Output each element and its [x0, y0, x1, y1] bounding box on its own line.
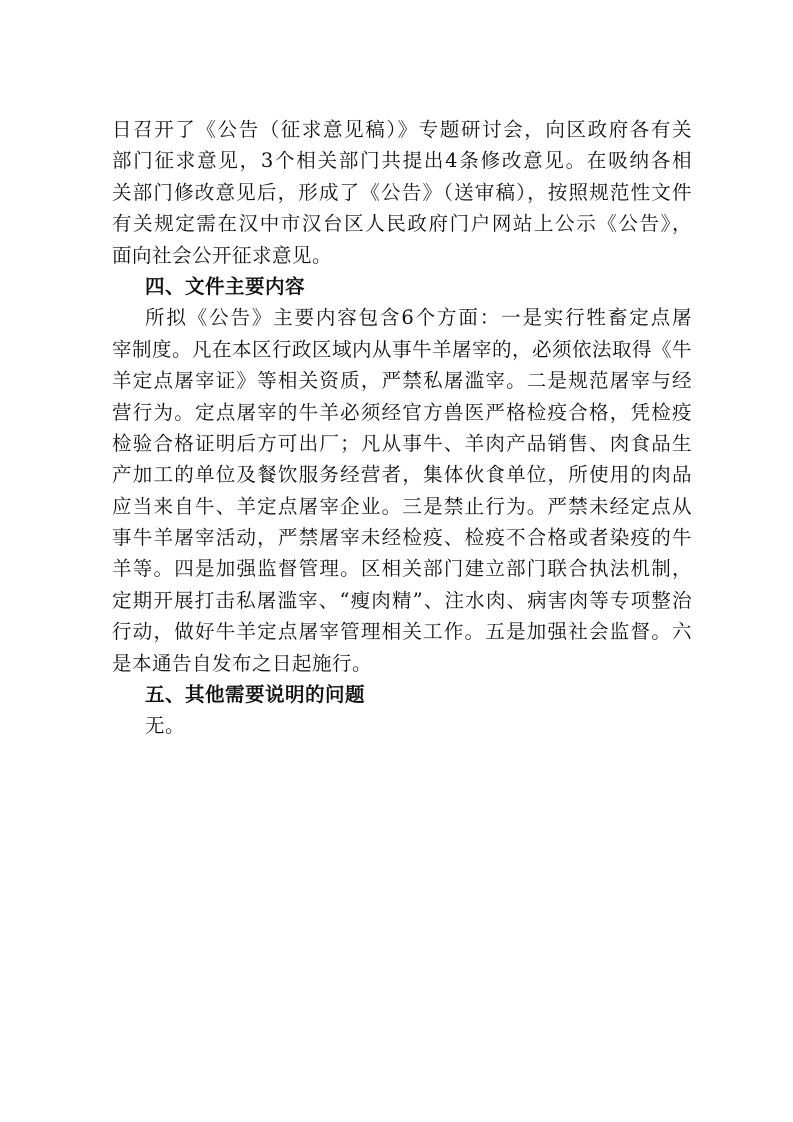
section-heading-main-content: 四、文件主要内容 [112, 271, 692, 302]
text-line: 有关规定需在汉中市汉台区人民政府门户网站上公示《公告》， [112, 208, 692, 239]
text-line: 产加工的单位及餐饮服务经营者，集体伙食单位，所使用的肉品 [112, 459, 692, 490]
section-heading-other-issues: 五、其他需要说明的问题 [112, 679, 692, 710]
text-line: 关部门修改意见后，形成了《公告》（送审稿），按照规范性文件 [112, 177, 692, 208]
text-line: 无。 [112, 710, 692, 741]
text-line: 所拟《公告》主要内容包含6个方面：一是实行牲畜定点屠 [112, 302, 692, 333]
document-body: 日召开了《公告（征求意见稿）》专题研讨会，向区政府各有关 部门征求意见，3个相关… [112, 114, 692, 742]
intro-paragraph: 日召开了《公告（征求意见稿）》专题研讨会，向区政府各有关 部门征求意见，3个相关… [112, 114, 692, 271]
text-line: 面向社会公开征求意见。 [112, 240, 692, 271]
document-page: 日召开了《公告（征求意见稿）》专题研讨会，向区政府各有关 部门征求意见，3个相关… [0, 0, 793, 1122]
text-line: 定期开展打击私屠滥宰、“瘦肉精”、注水肉、病害肉等专项整治 [112, 585, 692, 616]
other-issues-paragraph: 无。 [112, 710, 692, 741]
main-content-paragraph: 所拟《公告》主要内容包含6个方面：一是实行牲畜定点屠 宰制度。凡在本区行政区域内… [112, 302, 692, 679]
text-line: 宰制度。凡在本区行政区域内从事牛羊屠宰的，必须依法取得《牛 [112, 334, 692, 365]
text-line: 应当来自牛、羊定点屠宰企业。三是禁止行为。严禁未经定点从 [112, 491, 692, 522]
text-line: 日召开了《公告（征求意见稿）》专题研讨会，向区政府各有关 [112, 114, 692, 145]
text-line: 部门征求意见，3个相关部门共提出4条修改意见。在吸纳各相 [112, 145, 692, 176]
text-line: 是本通告自发布之日起施行。 [112, 648, 692, 679]
text-line: 事牛羊屠宰活动，严禁屠宰未经检疫、检疫不合格或者染疫的牛 [112, 522, 692, 553]
text-line: 羊等。四是加强监督管理。区相关部门建立部门联合执法机制， [112, 553, 692, 584]
text-line: 检验合格证明后方可出厂；凡从事牛、羊肉产品销售、肉食品生 [112, 428, 692, 459]
text-line: 羊定点屠宰证》等相关资质，严禁私屠滥宰。二是规范屠宰与经 [112, 365, 692, 396]
text-line: 营行为。定点屠宰的牛羊必须经官方兽医严格检疫合格，凭检疫 [112, 397, 692, 428]
text-line: 行动，做好牛羊定点屠宰管理相关工作。五是加强社会监督。六 [112, 616, 692, 647]
